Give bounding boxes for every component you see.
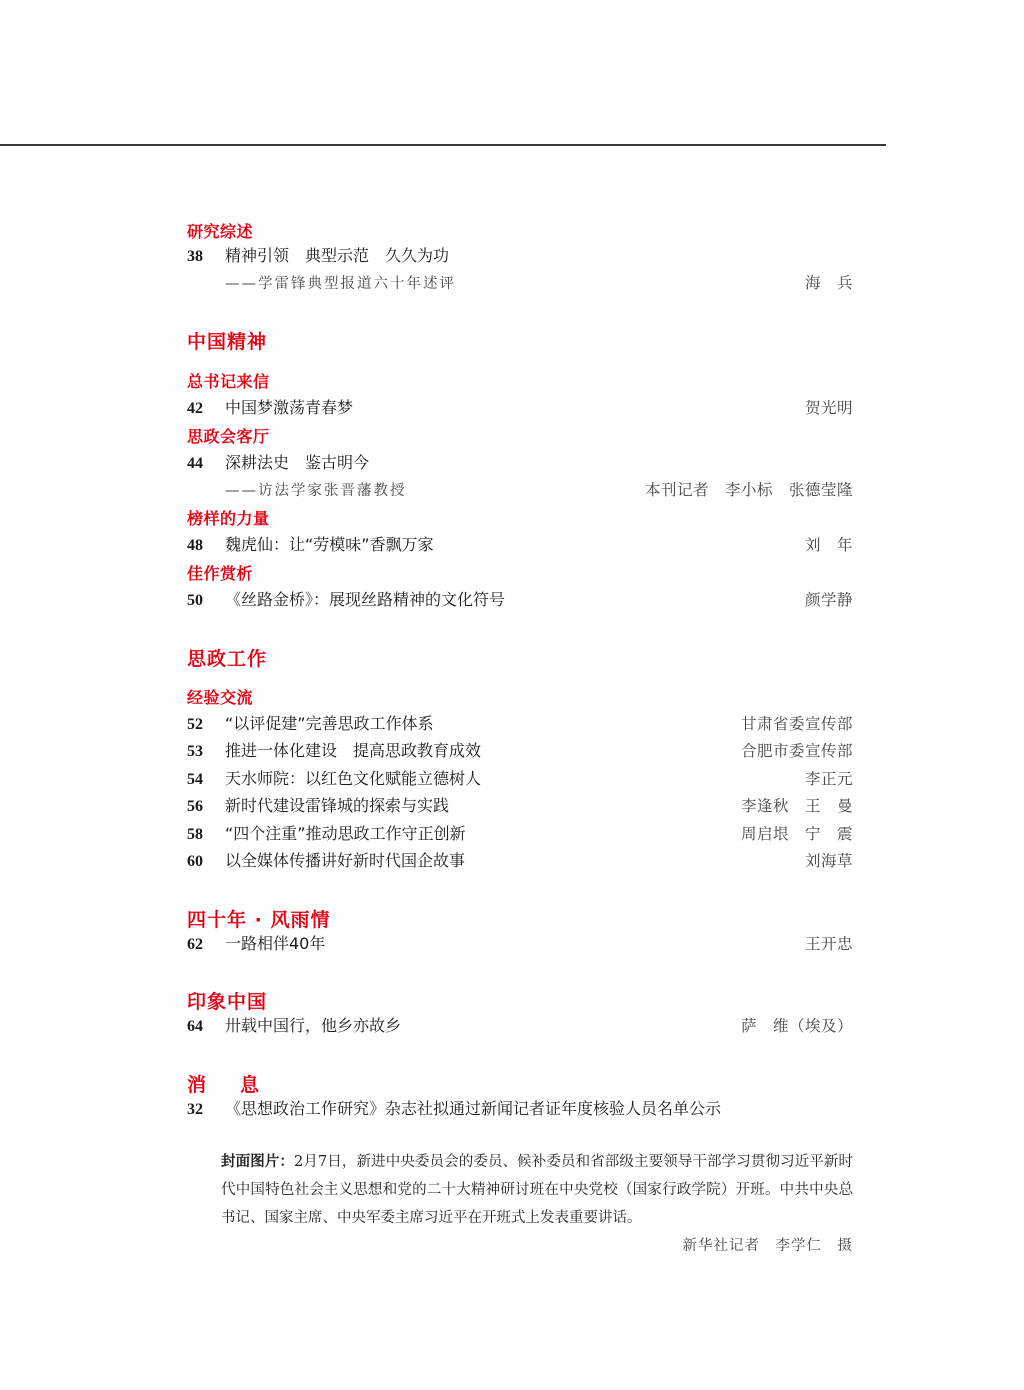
toc-entry[interactable]: 38 精神引领 典型示范 久久为功 bbox=[187, 243, 853, 267]
page-number: 56 bbox=[187, 798, 225, 816]
toc-entry[interactable]: 53 推进一体化建设 提高思政教育成效 合肥市委宣传部 bbox=[187, 738, 853, 762]
cover-caption: 封面图片：2月7日，新进中央委员会的委员、候补委员和省部级主要领导干部学习贯彻习… bbox=[187, 1148, 853, 1260]
subheading-appreciation: 佳作赏析 bbox=[187, 561, 853, 584]
toc-entry[interactable]: 56 新时代建设雷锋城的探索与实践 李逢秋 王 曼 bbox=[187, 793, 853, 817]
toc-entry[interactable]: 54 天水师院：以红色文化赋能立德树人 李正元 bbox=[187, 766, 853, 790]
toc-entry[interactable]: 62 一路相伴40年 王开忠 bbox=[187, 931, 853, 955]
page-number: 44 bbox=[187, 455, 225, 473]
toc-entry[interactable]: 60 以全媒体传播讲好新时代国企故事 刘海草 bbox=[187, 848, 853, 872]
article-author: 贺光明 bbox=[805, 396, 853, 418]
toc-entry[interactable]: 32 《思想政治工作研究》杂志社拟通过新闻记者证年度核验人员名单公示 bbox=[187, 1096, 853, 1120]
page-number: 54 bbox=[187, 771, 225, 789]
article-title: “四个注重”推动思政工作守正创新 bbox=[225, 821, 741, 844]
article-author: 甘肃省委宣传部 bbox=[741, 712, 853, 734]
toc-subline: ——学雷锋典型报道六十年述评 海 兵 bbox=[187, 271, 853, 293]
toc-entry[interactable]: 48 魏虎仙：让“劳模味”香飘万家 刘 年 bbox=[187, 532, 853, 556]
page-number: 50 bbox=[187, 592, 225, 610]
cover-text: 2月7日，新进中央委员会的委员、候补委员和省部级主要领导干部学习贯彻习近平新时代… bbox=[221, 1154, 853, 1226]
cover-label: 封面图片： bbox=[221, 1154, 294, 1170]
article-title: 魏虎仙：让“劳模味”香飘万家 bbox=[225, 532, 805, 555]
cover-paragraph: 封面图片：2月7日，新进中央委员会的委员、候补委员和省部级主要领导干部学习贯彻习… bbox=[187, 1148, 853, 1232]
article-title: “以评促建”完善思政工作体系 bbox=[225, 711, 741, 734]
subheading-letters: 总书记来信 bbox=[187, 369, 853, 392]
toc-entry[interactable]: 44 深耕法史 鉴古明今 bbox=[187, 450, 853, 474]
section-heading-news: 消息 bbox=[187, 1070, 853, 1097]
section-heading-china-spirit: 中国精神 bbox=[187, 327, 853, 354]
subheading-experience: 经验交流 bbox=[187, 685, 853, 708]
article-title: 新时代建设雷锋城的探索与实践 bbox=[225, 793, 741, 816]
section-heading-forty-years: 四十年 · 风雨情 bbox=[187, 905, 853, 932]
article-subtitle: ——学雷锋典型报道六十年述评 bbox=[187, 272, 805, 293]
article-author: 刘 年 bbox=[805, 533, 853, 555]
toc-entry[interactable]: 50 《丝路金桥》：展现丝路精神的文化符号 颜学静 bbox=[187, 587, 853, 611]
article-title: 以全媒体传播讲好新时代国企故事 bbox=[225, 848, 805, 871]
toc-entry[interactable]: 42 中国梦激荡青春梦 贺光明 bbox=[187, 395, 853, 419]
page-number: 32 bbox=[187, 1101, 225, 1119]
article-title: 一路相伴40年 bbox=[225, 931, 805, 954]
page-number: 48 bbox=[187, 537, 225, 555]
article-title: 中国梦激荡青春梦 bbox=[225, 395, 805, 418]
header-rule bbox=[0, 144, 886, 146]
photo-credit: 新华社记者 李学仁 摄 bbox=[187, 1232, 853, 1260]
article-author: 海 兵 bbox=[805, 271, 853, 293]
page-number: 64 bbox=[187, 1018, 225, 1036]
article-author: 王开忠 bbox=[805, 932, 853, 954]
toc-entry[interactable]: 64 卅载中国行，他乡亦故乡 萨 维（埃及） bbox=[187, 1013, 853, 1037]
page-number: 52 bbox=[187, 716, 225, 734]
page-number: 42 bbox=[187, 400, 225, 418]
article-title: 《丝路金桥》：展现丝路精神的文化符号 bbox=[225, 587, 805, 610]
page-number: 58 bbox=[187, 826, 225, 844]
article-title: 卅载中国行，他乡亦故乡 bbox=[225, 1013, 741, 1036]
page-number: 62 bbox=[187, 936, 225, 954]
article-author: 李正元 bbox=[805, 767, 853, 789]
article-title: 推进一体化建设 提高思政教育成效 bbox=[225, 738, 741, 761]
subheading-role-models: 榜样的力量 bbox=[187, 506, 853, 529]
toc-subline: ——访法学家张晋藩教授 本刊记者 李小标 张德莹隆 bbox=[187, 478, 853, 500]
article-author: 本刊记者 李小标 张德莹隆 bbox=[645, 478, 853, 500]
article-author: 颜学静 bbox=[805, 588, 853, 610]
toc-entry[interactable]: 58 “四个注重”推动思政工作守正创新 周启垠 宁 震 bbox=[187, 821, 853, 845]
article-title: 天水师院：以红色文化赋能立德树人 bbox=[225, 766, 805, 789]
article-author: 周启垠 宁 震 bbox=[741, 822, 853, 844]
article-author: 合肥市委宣传部 bbox=[741, 739, 853, 761]
section-heading-ideological-work: 思政工作 bbox=[187, 644, 853, 671]
section-heading-impression-china: 印象中国 bbox=[187, 987, 853, 1014]
article-subtitle: ——访法学家张晋藩教授 bbox=[187, 479, 645, 500]
page-number: 53 bbox=[187, 743, 225, 761]
article-title: 深耕法史 鉴古明今 bbox=[225, 450, 853, 473]
article-title: 精神引领 典型示范 久久为功 bbox=[225, 243, 853, 266]
article-author: 李逢秋 王 曼 bbox=[741, 794, 853, 816]
subheading-salon: 思政会客厅 bbox=[187, 424, 853, 447]
article-author: 萨 维（埃及） bbox=[741, 1014, 853, 1036]
page-number: 38 bbox=[187, 248, 225, 266]
page-number: 60 bbox=[187, 853, 225, 871]
article-author: 刘海草 bbox=[805, 849, 853, 871]
article-title: 《思想政治工作研究》杂志社拟通过新闻记者证年度核验人员名单公示 bbox=[225, 1096, 853, 1119]
subheading-research: 研究综述 bbox=[187, 219, 853, 242]
toc-entry[interactable]: 52 “以评促建”完善思政工作体系 甘肃省委宣传部 bbox=[187, 711, 853, 735]
